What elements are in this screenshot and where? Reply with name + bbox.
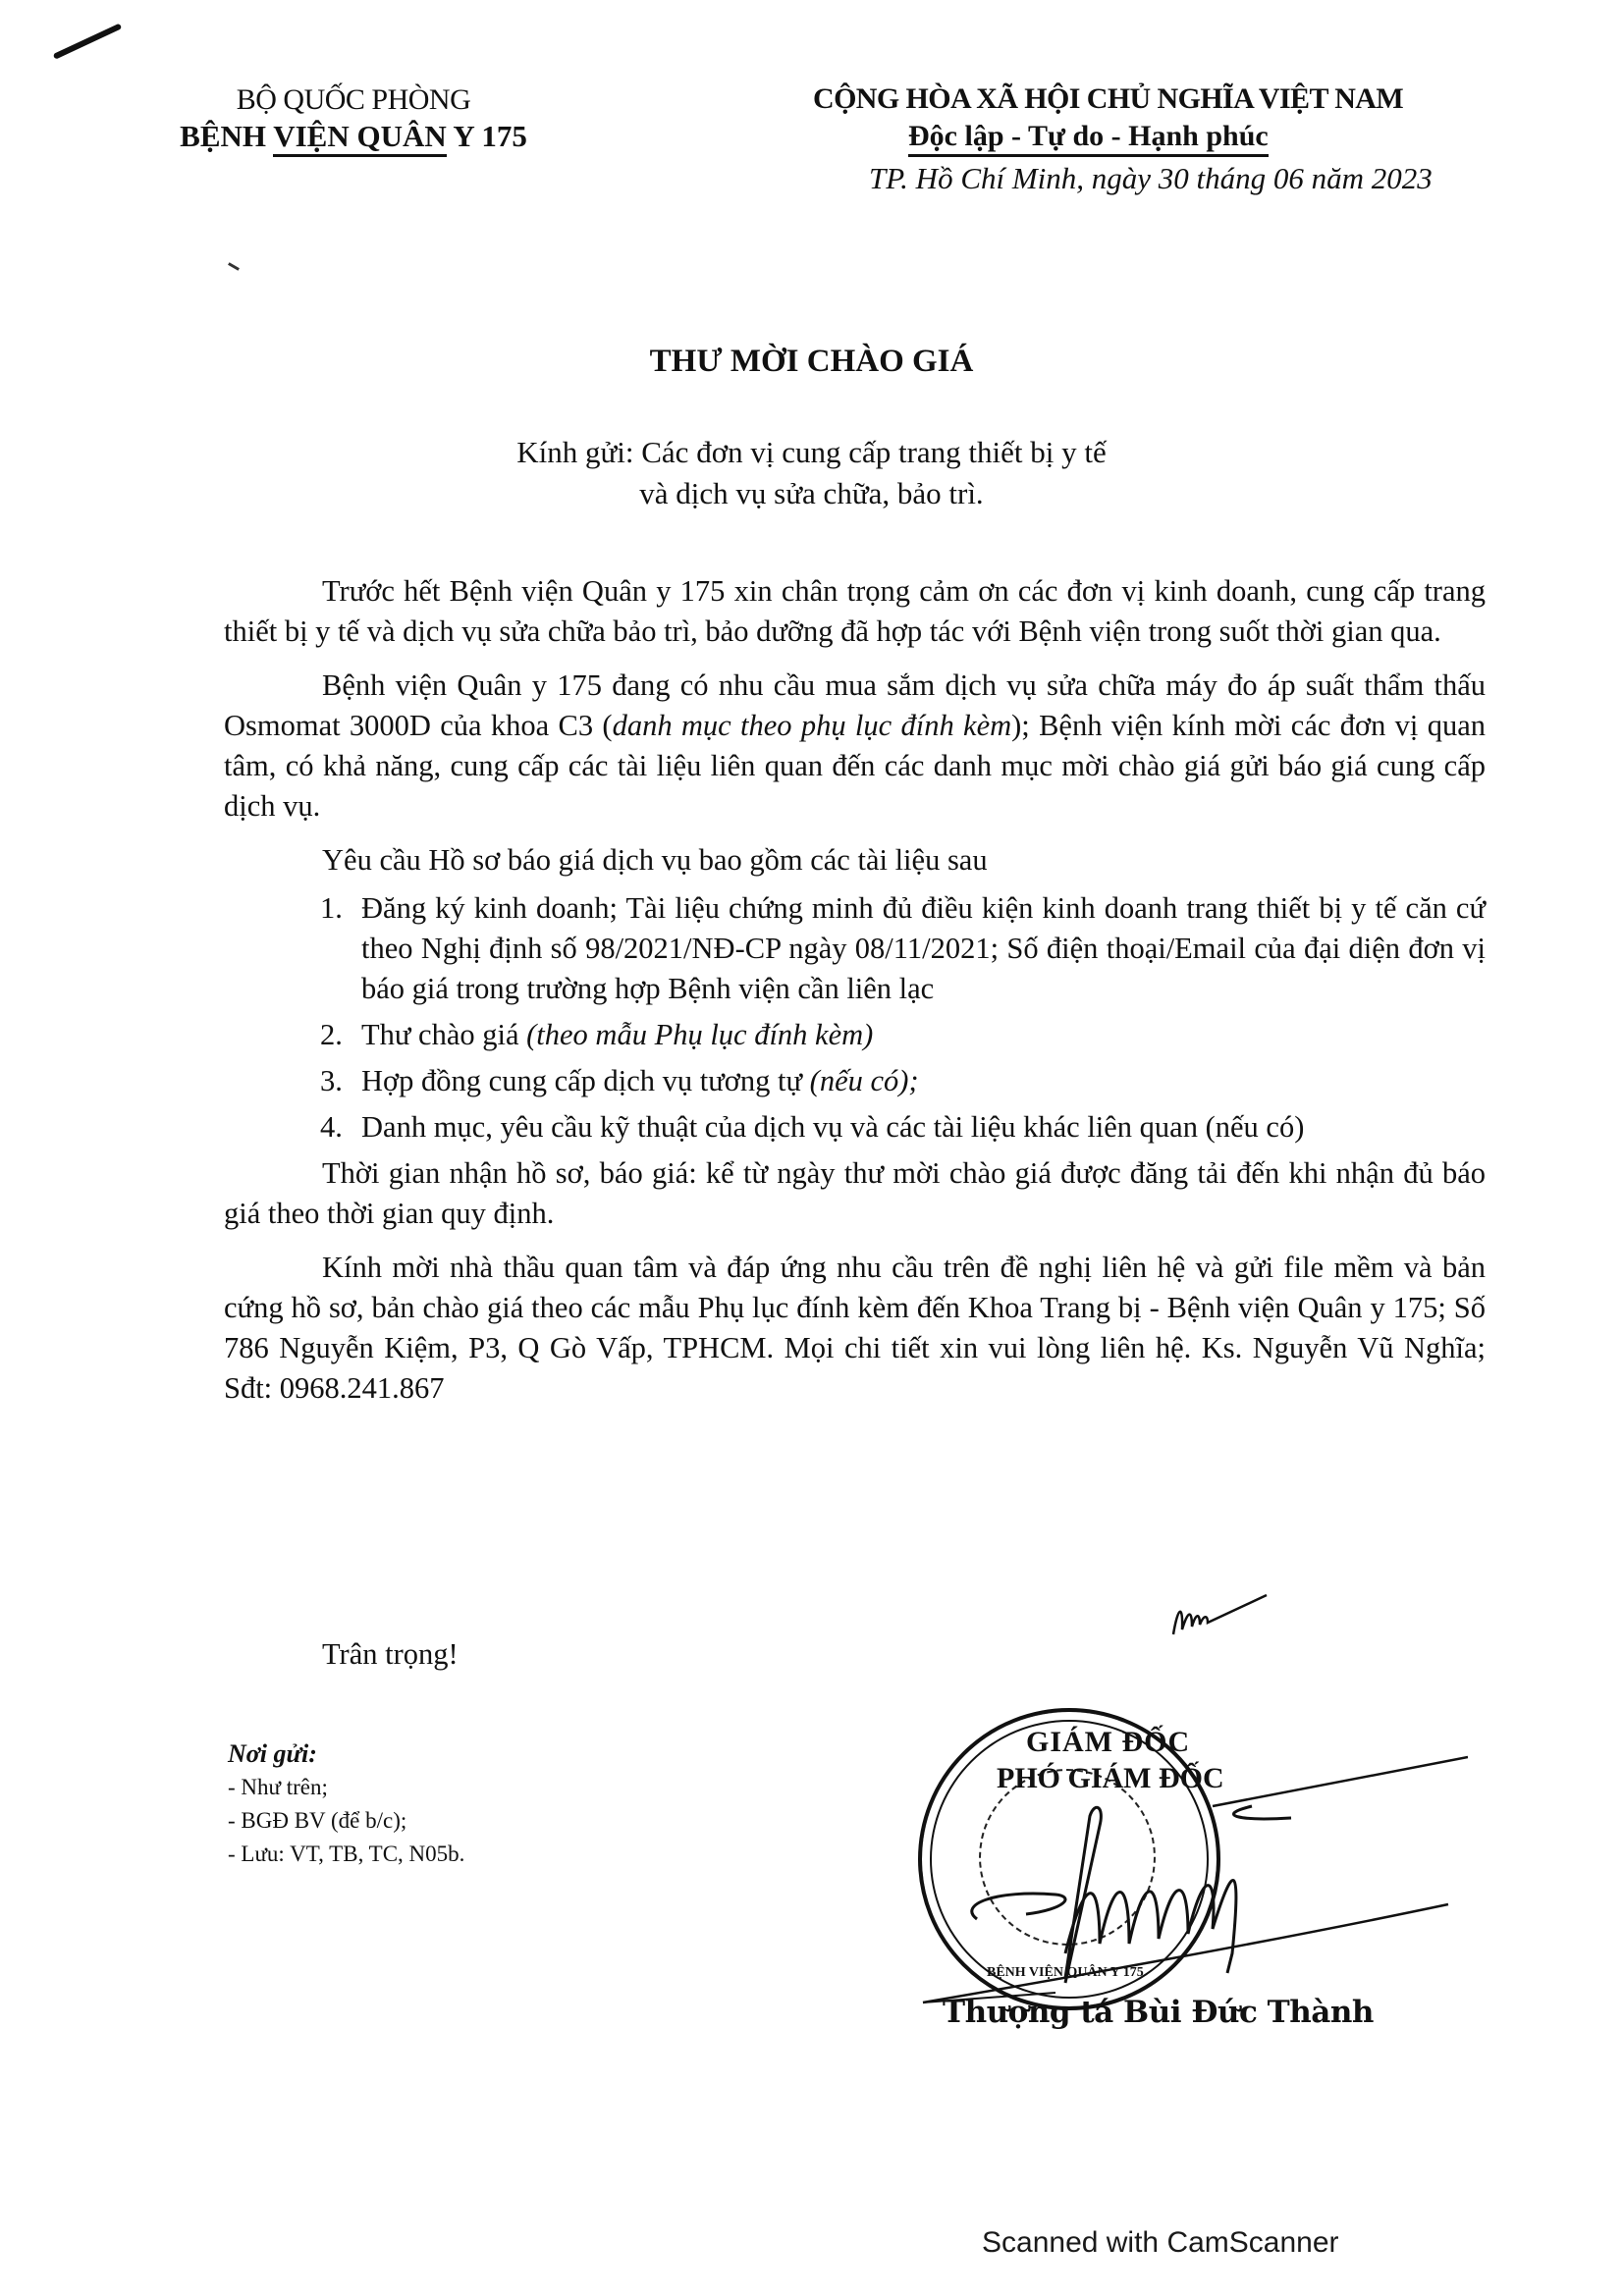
paragraph-contact: Kính mời nhà thầu quan tâm và đáp ứng nh… [224, 1248, 1486, 1409]
distribution-title: Nơi gửi: [228, 1737, 464, 1771]
requirement-text: Thư chào giá [361, 1018, 526, 1051]
pen-mark [53, 24, 123, 60]
requirement-note: (nếu có); [810, 1064, 919, 1097]
paragraph-thanks: Trước hết Bệnh viện Quân y 175 xin chân … [224, 571, 1486, 652]
paragraph-request: Bệnh viện Quân y 175 đang có nhu cầu mua… [224, 666, 1486, 827]
dateline: TP. Hồ Chí Minh, ngày 30 tháng 06 năm 20… [785, 157, 1443, 200]
ministry-name: BỘ QUỐC PHÒNG [157, 82, 550, 118]
stray-mark [228, 262, 240, 271]
national-header: CỘNG HÒA XÃ HỘI CHỦ NGHĨA VIỆT NAM Độc l… [785, 80, 1443, 200]
requirement-text: Danh mục, yêu cầu kỹ thuật của dịch vụ v… [361, 1110, 1304, 1144]
requirement-text: Hợp đồng cung cấp dịch vụ tương tự [361, 1064, 810, 1097]
signature-block: BỆNH VIỆN QUÂN Y 175 GIÁM ĐỐC PHÓ GIÁM Đ… [918, 1708, 1468, 2042]
signer-name: Thượng tá Bùi Đức Thành [943, 1995, 1374, 2030]
requirement-number: 1. [320, 888, 361, 929]
scanner-watermark: Scanned with CamScanner [982, 2226, 1339, 2260]
requirement-item-1: 1.Đăng ký kinh doanh; Tài liệu chứng min… [224, 888, 1486, 1009]
national-motto: Độc lập - Tự do - Hạnh phúc [785, 118, 1443, 155]
requirement-number: 2. [320, 1015, 361, 1055]
paragraph-requirements-intro: Yêu cầu Hồ sơ báo giá dịch vụ bao gồm cá… [224, 840, 1486, 881]
handwritten-signature [918, 1708, 1468, 2042]
recipient-block: Kính gửi: Các đơn vị cung cấp trang thiế… [0, 432, 1623, 514]
requirement-item-4: 4.Danh mục, yêu cầu kỹ thuật của dịch vụ… [224, 1107, 1486, 1148]
document-title: THƯ MỜI CHÀO GIÁ [0, 344, 1623, 380]
distribution-item: - Lưu: VT, TB, TC, N05b. [228, 1838, 464, 1871]
requirements-list: 1.Đăng ký kinh doanh; Tài liệu chứng min… [224, 888, 1486, 1148]
national-motto-text: Độc lập - Tự do - Hạnh phúc [908, 120, 1269, 157]
requirement-note: (theo mẫu Phụ lục đính kèm) [526, 1018, 873, 1051]
paragraph-deadline: Thời gian nhận hồ sơ, báo giá: kể từ ngà… [224, 1153, 1486, 1234]
issuer-header: BỘ QUỐC PHÒNG BỆNH VIỆN QUÂN Y 175 [157, 82, 550, 155]
requirement-item-2: 2.Thư chào giá (theo mẫu Phụ lục đính kè… [224, 1015, 1486, 1055]
hospital-name-prefix: BỆNH [180, 119, 273, 153]
requirement-number: 3. [320, 1061, 361, 1101]
requirement-text: Đăng ký kinh doanh; Tài liệu chứng minh … [361, 891, 1486, 1005]
paragraph-request-italic: danh mục theo phụ lục đính kèm [613, 709, 1012, 742]
distribution-list: Nơi gửi: - Như trên; - BGĐ BV (để b/c); … [228, 1737, 464, 1871]
requirement-item-3: 3.Hợp đồng cung cấp dịch vụ tương tự (nế… [224, 1061, 1486, 1101]
requirement-number: 4. [320, 1107, 361, 1148]
nation-name: CỘNG HÒA XÃ HỘI CHỦ NGHĨA VIỆT NAM [785, 80, 1443, 118]
hospital-name-suffix: Y 175 [447, 119, 527, 153]
hospital-name: BỆNH VIỆN QUÂN Y 175 [157, 118, 550, 155]
recipient-line-1: Kính gửi: Các đơn vị cung cấp trang thiế… [0, 432, 1623, 473]
initials-signature [1168, 1585, 1276, 1644]
recipient-line-2: và dịch vụ sửa chữa, bảo trì. [0, 473, 1623, 514]
letter-body: Trước hết Bệnh viện Quân y 175 xin chân … [224, 571, 1486, 1422]
closing-salutation: Trân trọng! [322, 1637, 459, 1672]
hospital-name-underlined: VIỆN QUÂN [273, 119, 447, 157]
distribution-item: - Như trên; [228, 1771, 464, 1804]
distribution-item: - BGĐ BV (để b/c); [228, 1804, 464, 1838]
